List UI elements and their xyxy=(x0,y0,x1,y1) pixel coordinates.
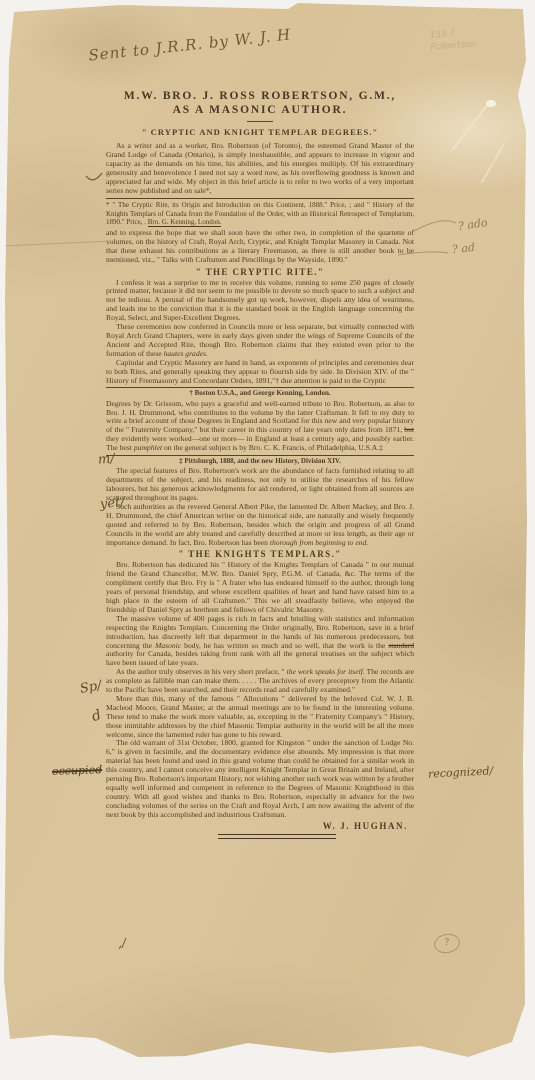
ink-underlined-publisher: Bro. G. Kenning, London. xyxy=(148,218,222,227)
paragraph-10: The massive volume of 400 pages is rich … xyxy=(106,615,414,668)
closing-double-rule xyxy=(218,834,336,839)
margin-query-ado: ? ado xyxy=(457,216,488,233)
paragraph-3: I confess it was a surprise to me to rec… xyxy=(106,279,414,324)
paper-sheet: M.W. BRO. J. ROSS ROBERTSON, G.M., AS A … xyxy=(0,0,535,1080)
paper-damage-speck xyxy=(486,100,496,107)
footnote-1: * " The Cryptic Rite, its Origin and Int… xyxy=(106,198,414,226)
paragraph-7: The special features of Bro. Robertson's… xyxy=(106,467,414,503)
margin-struck-occupied: occupied xyxy=(52,763,103,778)
pencil-line-left xyxy=(2,241,112,246)
paragraph-9: Bro. Robertson has dedicated his " Histo… xyxy=(106,561,414,614)
handwritten-dedication-note: Sent to J.R.R. by W. J. H xyxy=(88,25,292,64)
title-divider xyxy=(247,121,273,122)
margin-correction-sp: Sp/ xyxy=(79,678,103,697)
checkmark-stroke xyxy=(86,173,102,180)
margin-flourish-mark: d xyxy=(90,707,103,725)
printed-text-column: M.W. BRO. J. ROSS ROBERTSON, G.M., AS A … xyxy=(106,90,414,839)
margin-comma-insert-mark: ,/ xyxy=(118,936,127,951)
paragraph-8: Such authorities as the revered General … xyxy=(106,503,414,548)
article-body: As a writer and as a worker, Bro. Robert… xyxy=(106,142,414,839)
paragraph-13: The old warrant of 31st October, 1800, g… xyxy=(106,739,414,819)
author-signature: W. J. HUGHAN. xyxy=(106,822,408,831)
document-title-line2: AS A MASONIC AUTHOR. xyxy=(106,104,414,118)
section-heading-cryptic-rite: " THE CRYPTIC RITE." xyxy=(106,268,414,277)
connector-curve-1 xyxy=(414,221,456,231)
scanned-document-page: M.W. BRO. J. ROSS ROBERTSON, G.M., AS A … xyxy=(0,0,535,1080)
pencil-catalog-note: 153-? Robertson xyxy=(429,26,477,53)
struck-word-but: but xyxy=(404,425,414,434)
paragraph-12: More than this, many of the famous " All… xyxy=(106,695,414,740)
margin-correction-recognized: recognized/ xyxy=(428,764,494,780)
paragraph-5: Capitular and Cryptic Masonry are hand i… xyxy=(106,359,414,386)
paragraph-4: These ceremonies now conferred in Counci… xyxy=(106,323,414,359)
document-title-line1: M.W. BRO. J. ROSS ROBERTSON, G.M., xyxy=(106,90,414,104)
paragraph-6: Degrees by Dr. Grissom, who pays a grace… xyxy=(106,400,414,453)
footnote-3: ‡ Pittsburgh, 1888, and the new History,… xyxy=(106,455,414,465)
margin-mark-m: m/ xyxy=(97,451,115,467)
paper-crease xyxy=(452,102,491,151)
document-subtitle: " CRYPTIC AND KNIGHT TEMPLAR DEGREES." xyxy=(106,127,414,137)
margin-correction-yet: yet/ xyxy=(99,495,125,512)
margin-query-ad: ? ad xyxy=(451,241,475,256)
paper-crease-2 xyxy=(481,143,506,184)
section-heading-knights-templars: " THE KNIGHTS TEMPLARS." xyxy=(106,550,414,559)
paragraph-1: As a writer and as a worker, Bro. Robert… xyxy=(106,142,414,195)
circled-query-mark: ? xyxy=(433,932,462,955)
paragraph-11: As the author truly observes in his very… xyxy=(106,668,414,695)
paragraph-2: and to express the hope that we shall so… xyxy=(106,229,414,265)
struck-word-standard: standard xyxy=(388,641,414,650)
footnote-2: † Boston U.S.A., and George Kenning, Lon… xyxy=(106,387,414,397)
